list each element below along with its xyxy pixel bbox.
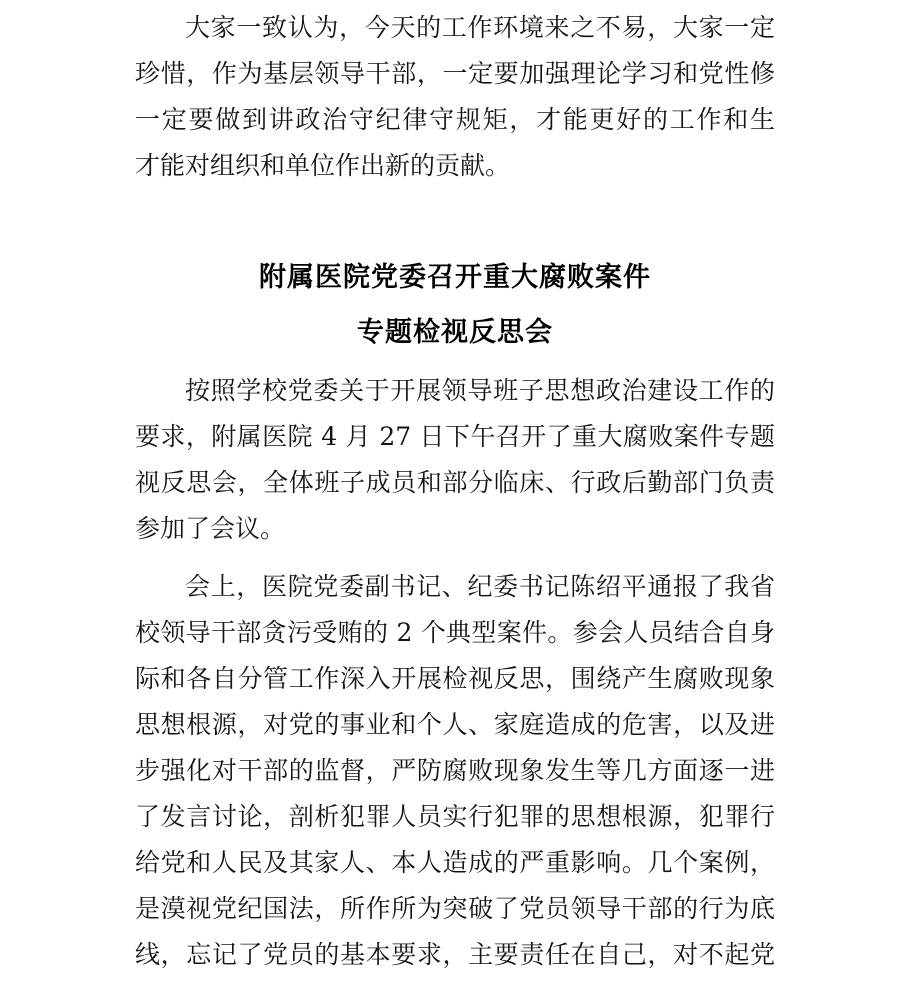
text-line: 给党和人民及其家人、本人造成的严重影响。几个案例，均	[135, 840, 775, 886]
text-line: 才能对组织和单位作出新的贡献。	[135, 143, 775, 189]
document-content: 大家一致认为，今天的工作环境来之不易，大家一定要 珍惜，作为基层领导干部，一定要…	[135, 0, 775, 978]
text-line: 线，忘记了党员的基本要求，主要责任在自己，对不起党和	[135, 932, 775, 978]
text-line: 要求，附属医院 4 月 27 日下午召开了重大腐败案件专题检	[135, 414, 775, 460]
paragraph-meeting-intro: 按照学校党委关于开展领导班子思想政治建设工作的 要求，附属医院 4 月 27 日…	[135, 368, 775, 552]
text-line: 际和各自分管工作深入开展检视反思，围绕产生腐败现象的	[135, 656, 775, 702]
text-line: 大家一致认为，今天的工作环境来之不易，大家一定要	[135, 5, 775, 51]
paragraph-meeting-details: 会上，医院党委副书记、纪委书记陈绍平通报了我省高 校领导干部贪污受贿的 2 个典…	[135, 564, 775, 978]
text-line: 珍惜，作为基层领导干部，一定要加强理论学习和党性修养，	[135, 51, 775, 97]
text-line: 视反思会，全体班子成员和部分临床、行政后勤部门负责人	[135, 460, 775, 506]
paragraph-work-environment: 大家一致认为，今天的工作环境来之不易，大家一定要 珍惜，作为基层领导干部，一定要…	[135, 5, 775, 189]
article-heading: 附属医院党委召开重大腐败案件 专题检视反思会	[135, 250, 775, 360]
text-line: 一定要做到讲政治守纪律守规矩，才能更好的工作和生活，	[135, 97, 775, 143]
text-line: 按照学校党委关于开展领导班子思想政治建设工作的	[135, 368, 775, 414]
text-line: 步强化对干部的监督，严防腐败现象发生等几方面逐一进行	[135, 748, 775, 794]
text-line: 会上，医院党委副书记、纪委书记陈绍平通报了我省高	[135, 564, 775, 610]
article-heading-line-2: 专题检视反思会	[135, 305, 775, 360]
text-line: 参加了会议。	[135, 506, 775, 552]
document-page: 大家一致认为，今天的工作环境来之不易，大家一定要 珍惜，作为基层领导干部，一定要…	[0, 0, 906, 988]
article-heading-line-1: 附属医院党委召开重大腐败案件	[135, 250, 775, 305]
text-line: 了发言讨论，剖析犯罪人员实行犯罪的思想根源，犯罪行为	[135, 794, 775, 840]
text-line: 思想根源，对党的事业和个人、家庭造成的危害，以及进一	[135, 702, 775, 748]
text-line: 是漠视党纪国法，所作所为突破了党员领导干部的行为底	[135, 886, 775, 932]
text-line: 校领导干部贪污受贿的 2 个典型案件。参会人员结合自身实	[135, 610, 775, 656]
